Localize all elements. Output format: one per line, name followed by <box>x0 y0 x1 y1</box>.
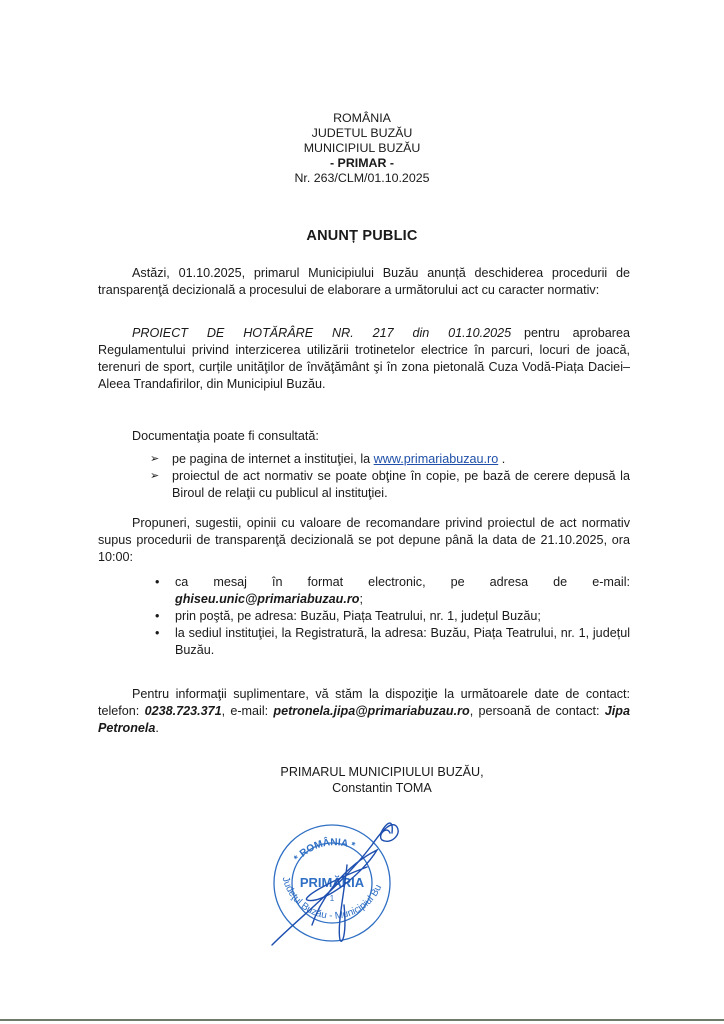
dot-bullet-icon: • <box>155 608 159 625</box>
contact-phone: 0238.723.371 <box>145 704 222 718</box>
website-link[interactable]: www.primariabuzau.ro <box>374 452 499 466</box>
page-bottom-border <box>0 1019 724 1021</box>
svg-text:1: 1 <box>330 894 335 903</box>
header-registration-number: Nr. 263/CLM/01.10.2025 <box>0 171 724 186</box>
contact-email: petronela.jipa@primariabuzau.ro <box>273 704 469 718</box>
header-country: ROMÂNIA <box>0 111 724 126</box>
list-item: ➢ pe pagina de internet a instituţiei, l… <box>150 451 630 468</box>
project-name: PROIECT DE HOTĂRÂRE NR. 217 din 01.10.20… <box>132 326 511 340</box>
proposals-paragraph: Propuneri, sugestii, opinii cu valoare d… <box>98 515 630 566</box>
header-office: - PRIMAR - <box>0 156 724 171</box>
contact-paragraph: Pentru informaţii suplimentare, vă stăm … <box>98 686 630 737</box>
document-page: ROMÂNIA JUDETUL BUZĂU MUNICIPIUL BUZĂU -… <box>0 0 724 1024</box>
svg-text:Judeţul Buzău - Municipiul Buz: Judeţul Buzău - Municipiul Buzău <box>252 805 384 922</box>
official-stamp-icon: * ROMÂNIA * Judeţul Buzău - Municipiul B… <box>252 805 412 955</box>
header-county: JUDETUL BUZĂU <box>0 126 724 141</box>
page-title: ANUNȚ PUBLIC <box>0 228 724 244</box>
document-header: ROMÂNIA JUDETUL BUZĂU MUNICIPIUL BUZĂU -… <box>0 111 724 186</box>
list-item: • la sediul instituţiei, la Registratură… <box>155 625 630 659</box>
arrow-bullet-icon: ➢ <box>150 468 159 485</box>
arrow-bullet-icon: ➢ <box>150 451 159 468</box>
intro-paragraph: Astăzi, 01.10.2025, primarul Municipiulu… <box>98 265 630 299</box>
project-paragraph: PROIECT DE HOTĂRÂRE NR. 217 din 01.10.20… <box>98 325 630 393</box>
dot-bullet-icon: • <box>155 574 159 591</box>
documentation-lead: Documentaţia poate fi consultată: <box>132 428 630 445</box>
signature-name: Constantin TOMA <box>40 780 724 796</box>
submission-email: ghiseu.unic@primariabuzau.ro <box>175 592 359 606</box>
proposals-list: • ca mesaj în format electronic, pe adre… <box>155 574 630 659</box>
svg-text:* ROMÂNIA *: * ROMÂNIA * <box>292 835 356 864</box>
documentation-list: ➢ pe pagina de internet a instituţiei, l… <box>150 451 630 502</box>
header-municipality: MUNICIPIUL BUZĂU <box>0 141 724 156</box>
list-item: • prin poştă, pe adresa: Buzău, Piața Te… <box>155 608 630 625</box>
signature-role: PRIMARUL MUNICIPIULUI BUZĂU, <box>40 764 724 780</box>
dot-bullet-icon: • <box>155 625 159 642</box>
list-item: • ca mesaj în format electronic, pe adre… <box>155 574 630 608</box>
signature-block: PRIMARUL MUNICIPIULUI BUZĂU, Constantin … <box>0 764 724 796</box>
list-item: ➢ proiectul de act normativ se poate obţ… <box>150 468 630 502</box>
